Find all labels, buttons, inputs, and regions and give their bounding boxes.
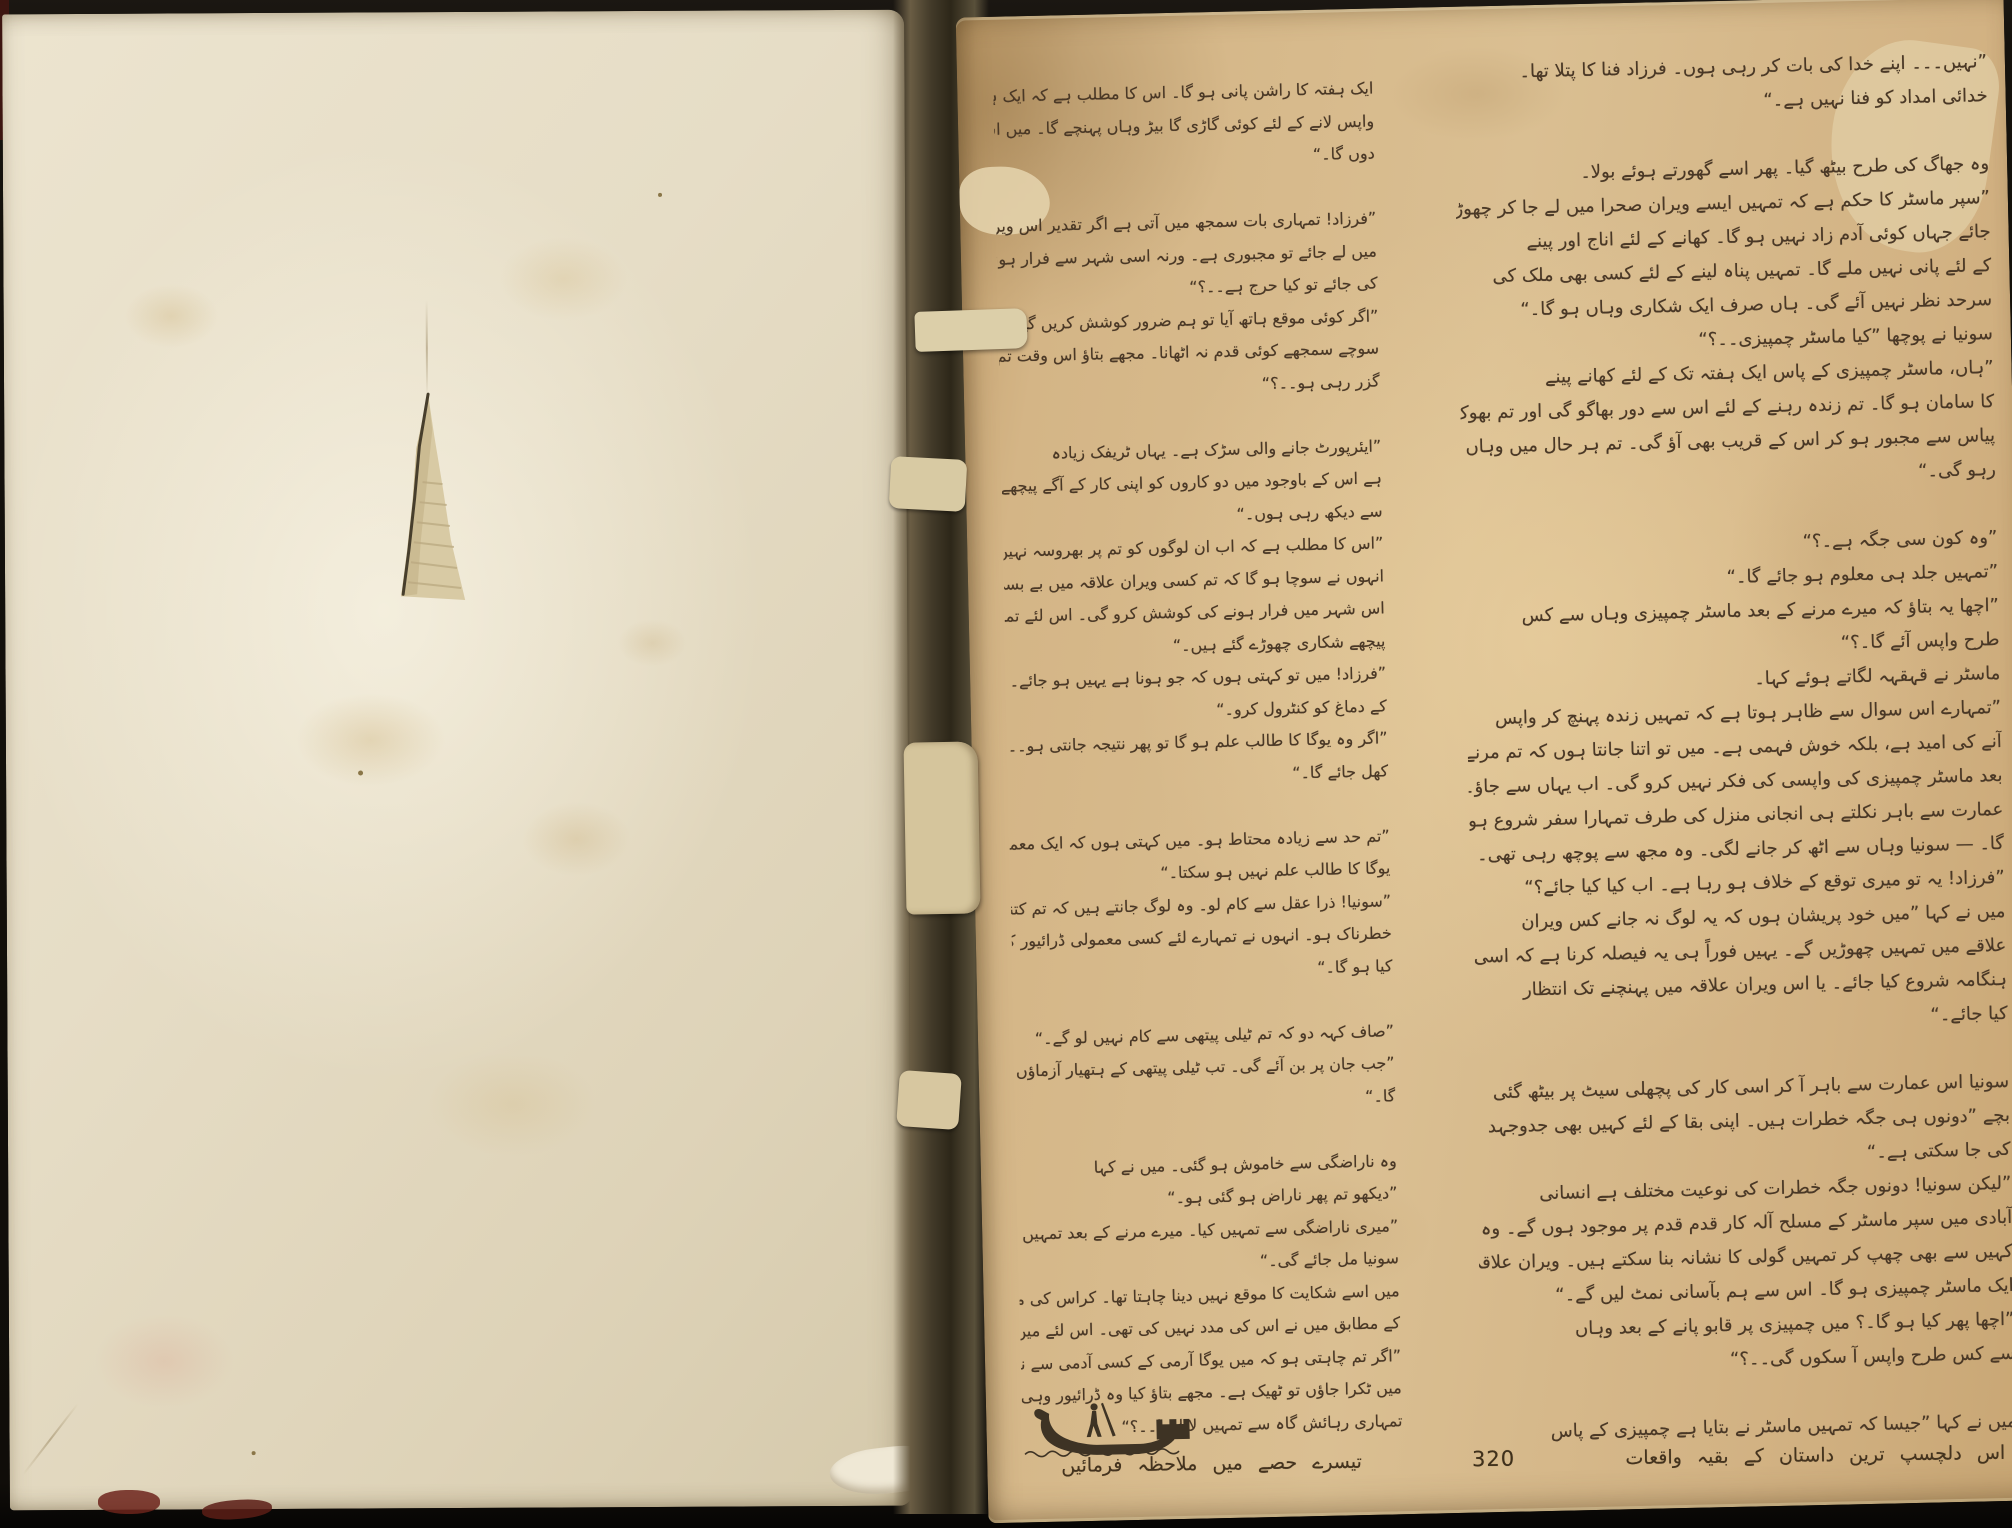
speck <box>358 770 363 775</box>
torn-paper-tab <box>914 308 1027 352</box>
torn-paper-tab <box>904 741 981 914</box>
boat-illustration <box>1022 1393 1195 1459</box>
paper-crease <box>22 1403 79 1475</box>
speck <box>658 193 662 197</box>
urdu-text-column-right: ”نہیں۔۔۔ اپنے خدا کی بات کر رہی ہوں۔ فرز… <box>1453 45 2012 1456</box>
page-number: 320 <box>1472 1447 1515 1472</box>
footer-text-start: اس دلچسپ ترین داستان کے بقیہ واقعات <box>1625 1442 2005 1469</box>
cover-edge-marks <box>98 1490 160 1514</box>
stain <box>94 1313 234 1409</box>
paper-crease <box>426 300 429 396</box>
stain <box>498 236 628 322</box>
left-page <box>2 10 912 1511</box>
stain <box>521 801 631 877</box>
right-page: ”نہیں۔۔۔ اپنے خدا کی بات کر رہی ہوں۔ فرز… <box>956 0 2012 1523</box>
footer-text-end: تیسرے حصے میں ملاحظہ فرمائیں <box>1061 1451 1362 1477</box>
stain <box>124 283 219 348</box>
paper-tear <box>376 390 489 607</box>
torn-paper-tab <box>889 456 968 512</box>
speck <box>252 1451 256 1455</box>
stain <box>428 1051 599 1157</box>
book-scan: ”نہیں۔۔۔ اپنے خدا کی بات کر رہی ہوں۔ فرز… <box>0 0 2012 1528</box>
stain <box>617 619 687 667</box>
urdu-text-column-left: ایک ہفتہ کا راشن پانی ہو گا۔ اس کا مطلب … <box>993 73 1403 1453</box>
stain <box>296 692 446 788</box>
torn-paper-tab <box>896 1070 962 1130</box>
